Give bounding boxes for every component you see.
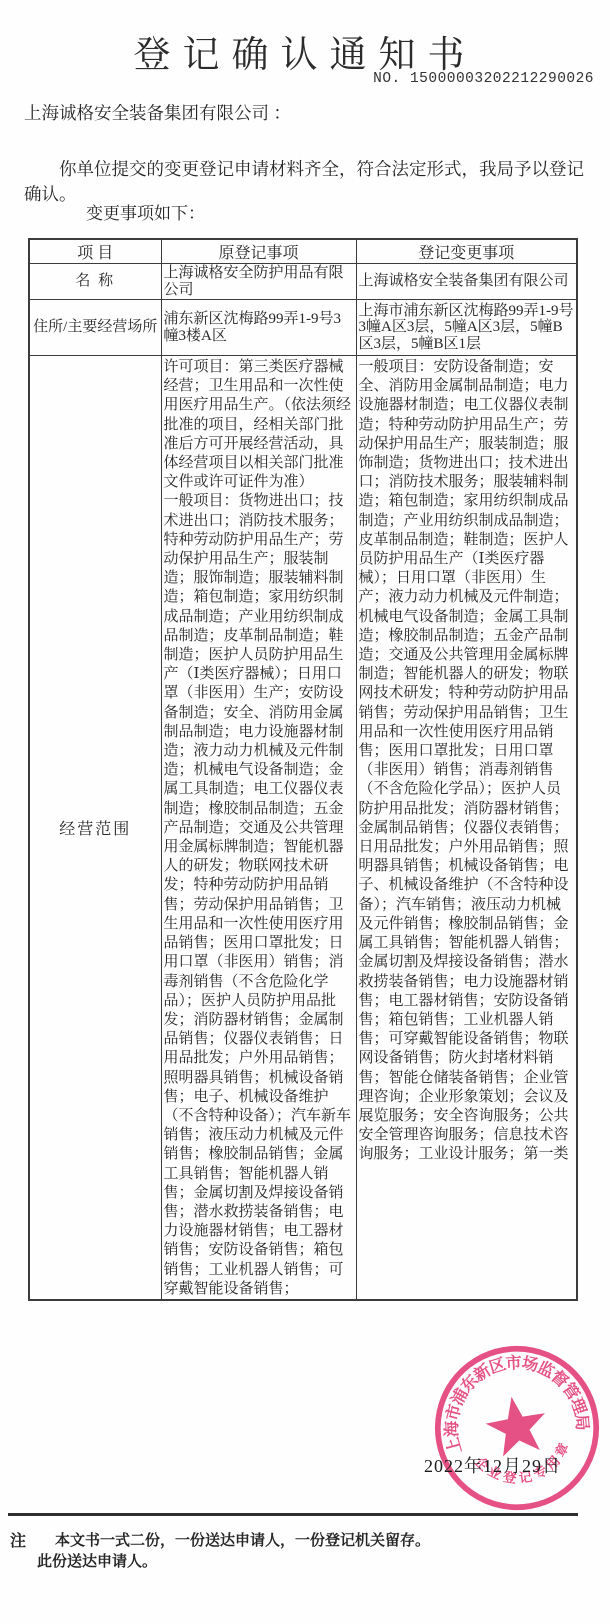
official-seal: 上海市浦东新区市场监督管理局 企业登记专用章 [429,1340,605,1516]
header-item: 项 目 [29,239,161,264]
scope-original-licensed: 许可项目：第三类医疗器械经营；卫生用品和一次性使用医疗用品生产。（依法须经批准的… [164,356,354,492]
note-line-2: 此份送达申请人。 [37,1550,157,1571]
footer-divider [8,1513,578,1516]
note-label: 注 [10,1528,26,1551]
scope-row-changed: 一般项目：安防设备制造；安全、消防用金属制品制造；电力设施器材制造；电工仪器仪表… [356,356,577,1300]
document-page: 登记确认通知书 NO. 15000003202212290026 上海诚格安全装… [0,0,610,1624]
recipient-line: 上海诚格安全装备集团有限公司 ： [24,100,291,125]
scope-row-original: 许可项目：第三类医疗器械经营；卫生用品和一次性使用医疗用品生产。（依法须经批准的… [161,356,356,1300]
address-row-changed: 上海市浦东新区沈梅路99弄1-9号3幢A区3层，5幢A区3层，5幢B区3层，5幢… [356,300,577,356]
address-row-original: 浦东新区沈梅路99弄1-9号3幢3楼A区 [161,300,356,356]
scope-changed-text: 一般项目：安防设备制造；安全、消防用金属制品制造；电力设施器材制造；电工仪器仪表… [359,356,575,1165]
name-row-changed: 上海诚格安全装备集团有限公司 [356,264,577,300]
document-number-label: NO. [373,71,401,87]
document-number-value: 15000003202212290026 [410,71,594,87]
seal-star-icon [482,1392,551,1459]
scope-row-label: 经营范围 [29,356,161,1300]
table-row-business-scope: 经营范围 许可项目：第三类医疗器械经营；卫生用品和一次性使用医疗用品生产。（依法… [29,356,577,1300]
name-row-original: 上海诚格安全防护用品有限公司 [161,264,356,300]
table-header-row: 项 目 原登记事项 登记变更事项 [29,239,577,264]
scope-original-general: 一般项目：货物进出口；技术进出口；消防技术服务；特种劳动防护用品生产；劳动保护用… [164,492,354,1299]
document-number: NO. 15000003202212290026 [373,71,594,87]
registration-change-table: 项 目 原登记事项 登记变更事项 名 称 上海诚格安全防护用品有限公司 上海诚格… [28,238,578,1301]
page-title: 登记确认通知书 [0,24,610,78]
name-row-label: 名 称 [29,264,161,300]
note-line-1: 本文书一式二份，一份送达申请人，一份登记机关留存。 [55,1529,430,1550]
change-items-intro: 变更事项如下： [86,199,205,224]
header-changed: 登记变更事项 [356,239,577,264]
header-original: 原登记事项 [161,239,356,264]
issue-date: 2022年12月29日 [424,1452,561,1478]
address-row-label: 住所/主要经营场所 [29,300,161,356]
table-row-address: 住所/主要经营场所 浦东新区沈梅路99弄1-9号3幢3楼A区 上海市浦东新区沈梅… [29,300,577,356]
table-row-name: 名 称 上海诚格安全防护用品有限公司 上海诚格安全装备集团有限公司 [29,264,577,300]
